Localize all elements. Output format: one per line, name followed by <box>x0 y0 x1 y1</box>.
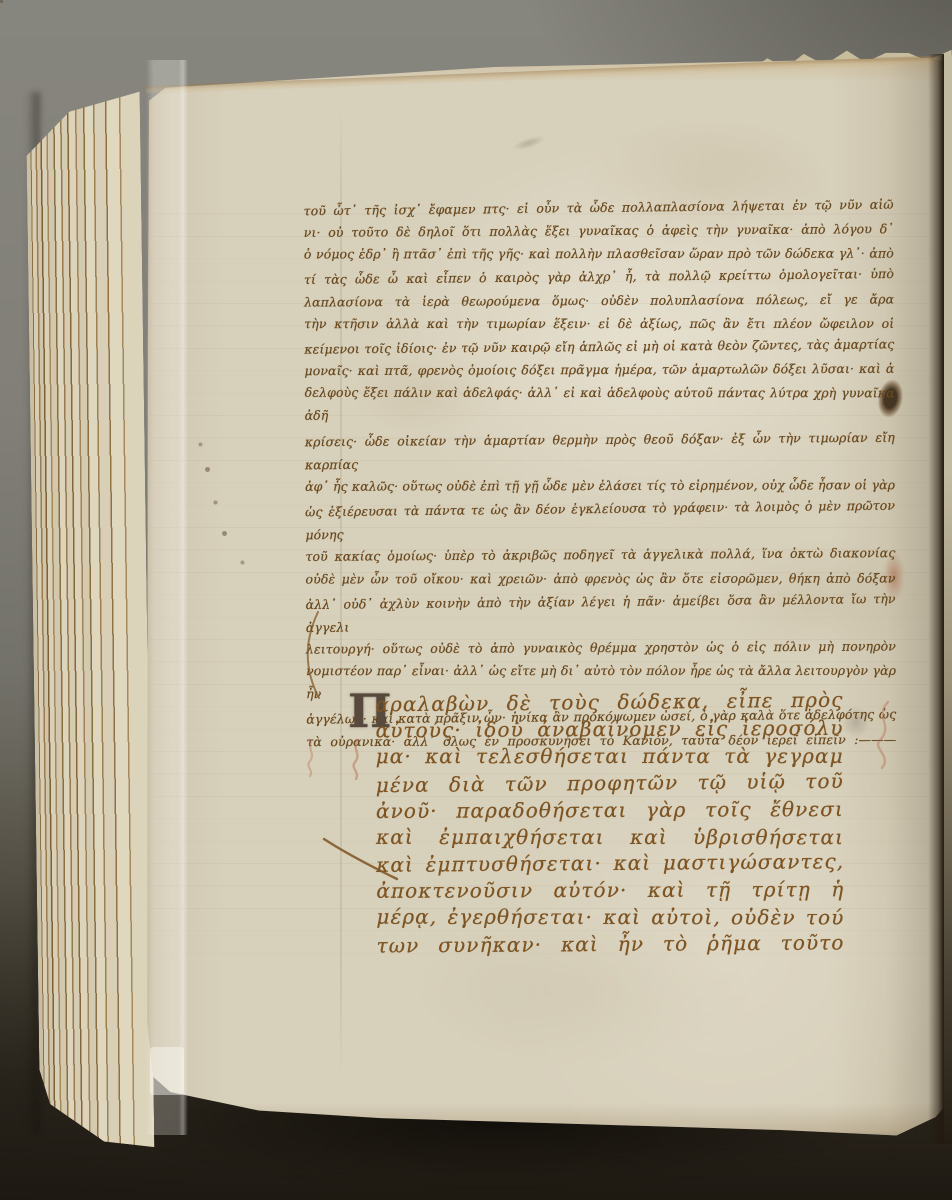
page-stack-fore-edge <box>26 85 155 1148</box>
commentary-text-block: τοῦ ὧτ᾽ τῆς ἰσχ᾽ ἔφαμεν πτς· εἰ οὖν τὰ ὧ… <box>304 194 897 753</box>
text-line: κρίσεις· ὧδε οἰκείαν τὴν ἁμαρτίαν θερμὴν… <box>305 425 895 476</box>
text-line: ἀνοῦ· παραδοθήσεται γὰρ τοῖς ἔθνεσι <box>376 796 844 825</box>
text-line: μοναῖς· καὶ πτᾶ, φρενὸς ὁμοίοις δόξει πρ… <box>304 357 894 383</box>
text-line: αραλαβὼν δὲ τοὺς δώδεκα, εἶπε πρὸς <box>375 687 843 719</box>
gutter-crease <box>928 54 944 1144</box>
text-line: οὐδὲ μὲν ὧν τοῦ οἴκου· καὶ χρειῶν· ἀπὸ φ… <box>306 566 896 590</box>
text-line: νι· οὐ τοῦτο δὲ δηλοῖ ὅτι πολλὰς ἕξει γυ… <box>304 217 894 244</box>
wormholes <box>0 0 3 3</box>
lection-text-block: αραλαβὼν δὲ τοὺς δώδεκα, εἶπε πρὸςαὐτούς… <box>375 688 844 959</box>
facing-page-sliver <box>944 56 952 1144</box>
text-line: μένα διὰ τῶν προφητῶν τῷ υἱῷ τοῦ <box>376 768 844 799</box>
text-line: τοῦ κακίας ὁμοίως· ὑπὲρ τὸ ἀκριβῶς ποδηγ… <box>305 541 895 568</box>
text-line: δελφοὺς ἕξει πάλιν καὶ ἀδελφάς· ἀλλ᾽ εἰ … <box>305 381 895 428</box>
text-line: ὡς ἑξιέρευσαι τὰ πάντα τε ὡς ἂν δέον ἐγκ… <box>305 494 895 547</box>
text-line: τὴν κτῆσιν ἀλλὰ καὶ τὴν τιμωρίαν ἕξειν· … <box>304 312 894 335</box>
text-line: των συνῆκαν· καὶ ἦν τὸ ῥῆμα τοῦτο <box>376 930 844 960</box>
manuscript-photo: τοῦ ὧτ᾽ τῆς ἰσχ᾽ ἔφαμεν πτς· εἰ οὖν τὰ ὧ… <box>0 0 952 1200</box>
text-line: λειτουργή· οὕτως οὐδὲ τὸ ἀπὸ γυναικὸς θρ… <box>306 634 896 660</box>
text-line: λαπλασίονα τὰ ἱερὰ θεωρούμενα ὅμως· οὐδὲ… <box>304 287 894 313</box>
text-line: μέρᾳ, ἐγερθήσεται· καὶ αὐτοὶ, οὐδὲν τού <box>376 904 844 932</box>
text-line: καὶ ἐμπαιχθήσεται καὶ ὑβρισθήσεται <box>376 823 844 850</box>
repair-tape-strip <box>146 60 188 1135</box>
text-line: καὶ ἐμπτυσθήσεται· καὶ μαστιγώσαντες, <box>376 849 844 880</box>
text-line: μα· καὶ τελεσθήσεται πάντα τὰ γεγραμ <box>376 743 844 770</box>
text-line: ἀποκτενοῦσιν αὐτόν· καὶ τῇ τρίτῃ ἡ <box>376 877 844 905</box>
text-line: αὐτούς· ἰδοὺ ἀναβαίνομεν εἰς ἱεροσόλυ <box>376 715 844 745</box>
text-line: ἀλλ᾽ οὐδ᾽ ἀχλὺν κοινὴν ἀπὸ τὴν ἀξίαν λέγ… <box>306 587 896 639</box>
